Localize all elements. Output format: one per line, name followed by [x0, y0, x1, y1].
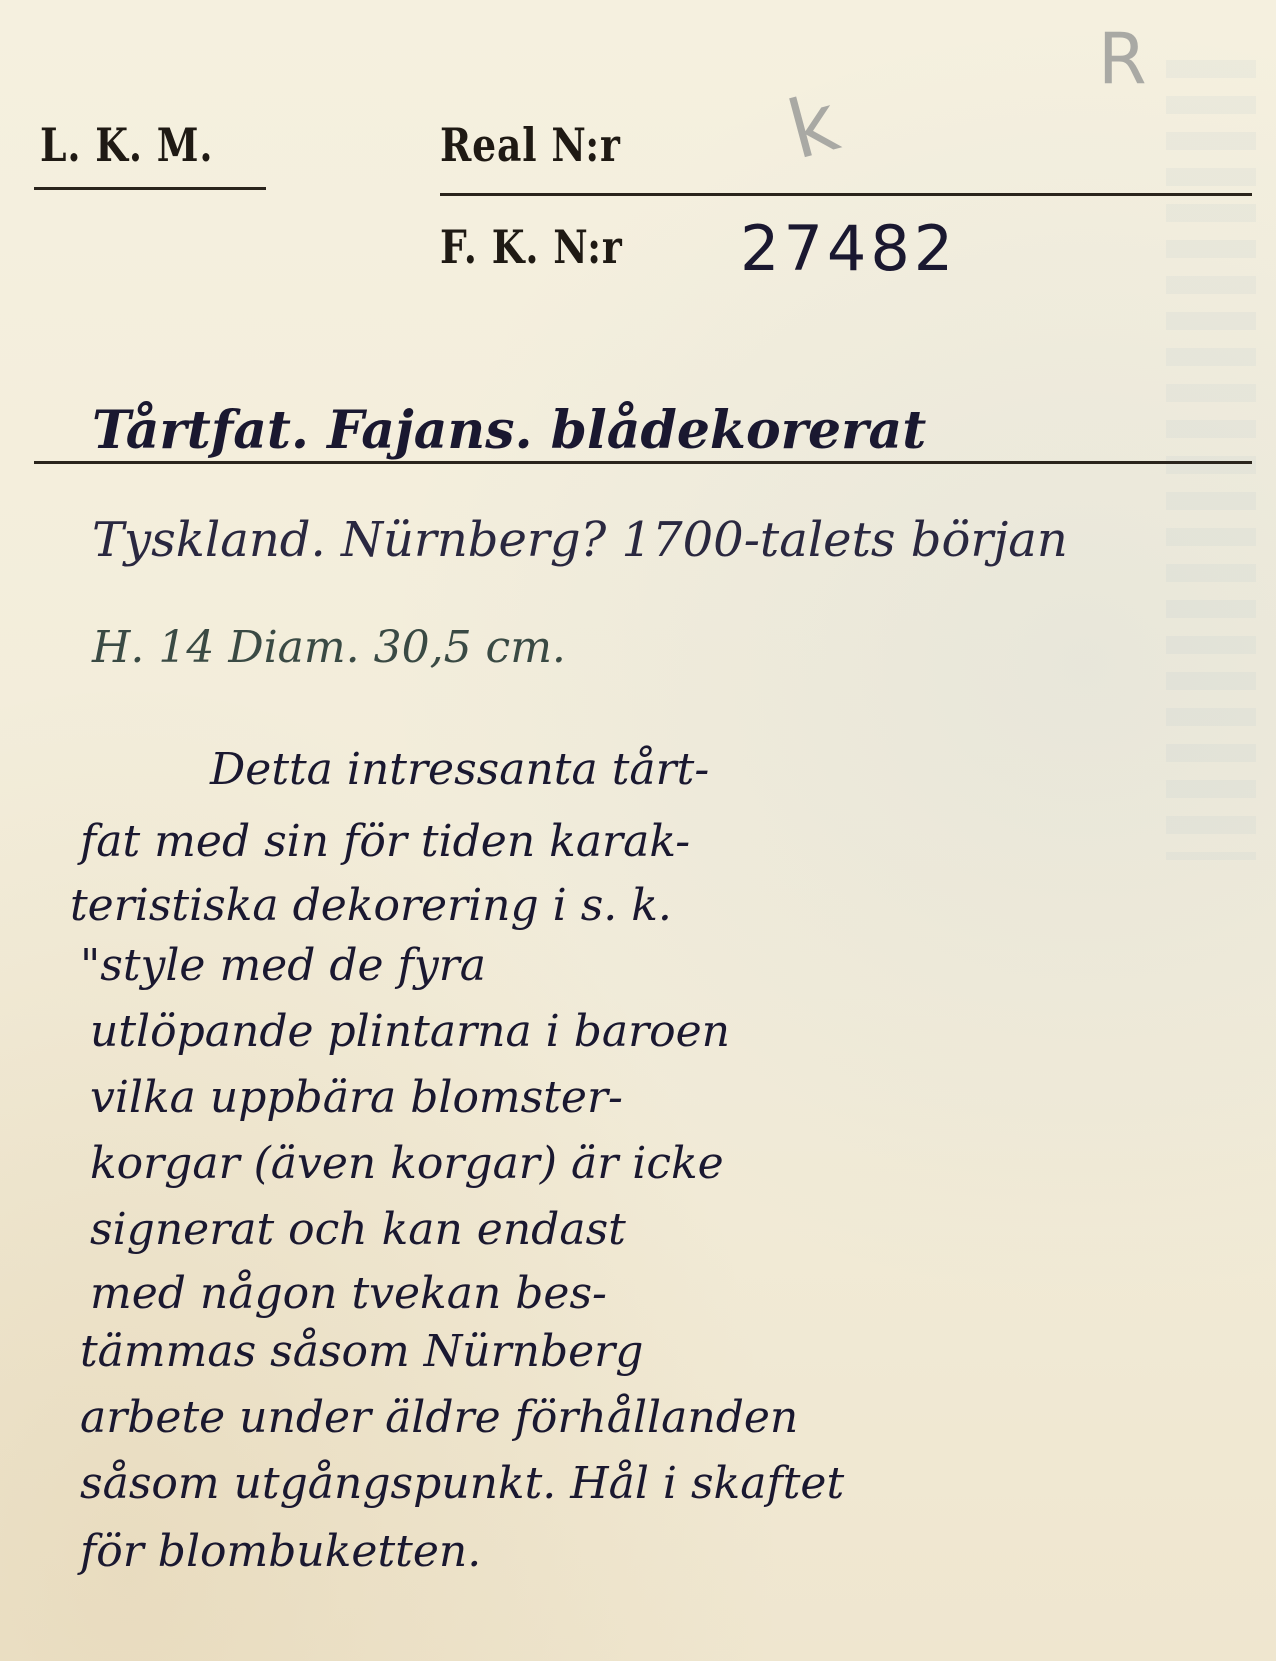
pencil-mark-r: R: [1098, 18, 1147, 100]
description-line: korgar (även korgar) är icke: [90, 1142, 724, 1186]
catalogue-card: L. K. M. Real N:r k R F. K. N:r 27482 Tå…: [0, 0, 1276, 1661]
description-line: Detta intressanta tårt-: [210, 748, 709, 792]
description-line: teristiska dekorering i s. k.: [70, 884, 672, 928]
bleed-through-texture: [1166, 60, 1256, 860]
description-line: för blombuketten.: [80, 1530, 481, 1574]
object-title: Tårtfat. Fajans. blådekorerat: [92, 400, 926, 461]
museum-label-rule: [34, 187, 266, 190]
description-line: arbete under äldre förhållanden: [80, 1396, 798, 1440]
title-rule: [34, 461, 1252, 464]
description-line: fat med sin för tiden karak-: [80, 820, 690, 864]
description-line: tämmas såsom Nürnberg: [80, 1330, 643, 1374]
fk-number-label: F. K. N:r: [440, 220, 623, 274]
fk-number-value: 27482: [740, 212, 957, 285]
description-line: utlöpande plintarna i baroen: [90, 1010, 730, 1054]
description-line: såsom utgångspunkt. Hål i skaftet: [80, 1462, 844, 1506]
description-line: vilka uppbära blomster-: [90, 1076, 623, 1120]
museum-label: L. K. M.: [40, 118, 213, 172]
object-origin: Tyskland. Nürnberg? 1700-talets början: [92, 512, 1068, 568]
description-line: "style med de fyra: [80, 944, 486, 988]
object-dimensions: H. 14 Diam. 30,5 cm.: [92, 622, 566, 673]
real-number-rule: [440, 193, 1252, 196]
description-line: med någon tvekan bes-: [90, 1272, 607, 1316]
real-number-label: Real N:r: [440, 118, 621, 172]
pencil-mark-k: k: [779, 76, 848, 178]
description-line: signerat och kan endast: [90, 1208, 626, 1252]
